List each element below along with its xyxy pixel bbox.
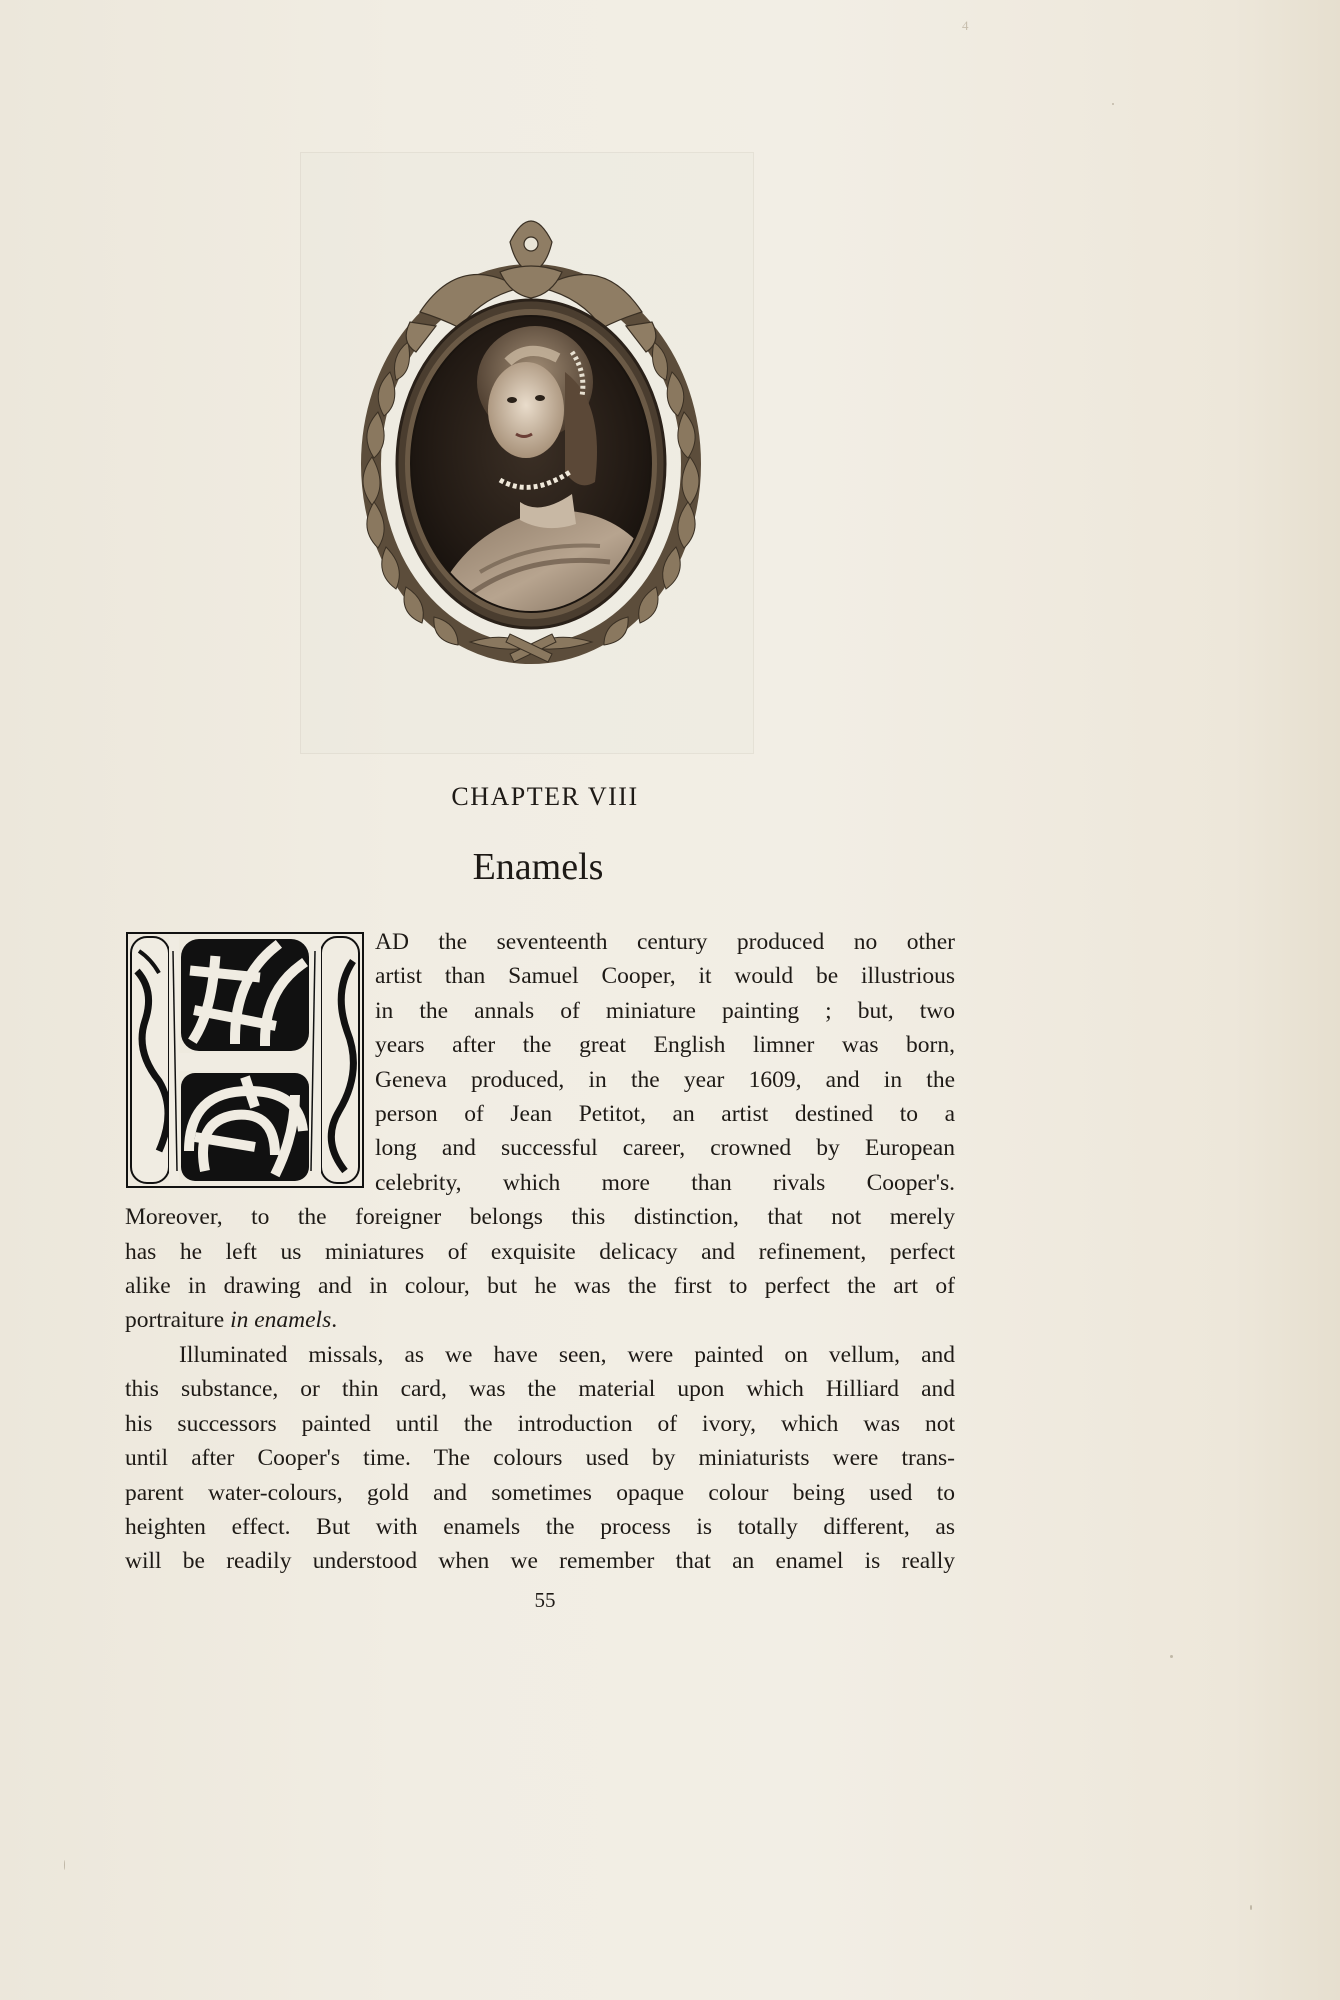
text-line: portraiture in enamels. <box>125 1303 955 1337</box>
body-text: AD the seventeenth century produced no o… <box>125 925 955 1579</box>
italic-text-run: in enamels <box>230 1307 331 1333</box>
text-line: until after Cooper's time. The colours u… <box>125 1441 955 1475</box>
book-page: 4 <box>0 0 1340 2000</box>
text-line: will be readily understood when we remem… <box>125 1544 955 1578</box>
corner-pencil-mark: 4 <box>962 18 970 34</box>
text-line: heighten effect. But with enamels the pr… <box>125 1510 955 1544</box>
paper-speck <box>1170 1655 1173 1658</box>
text-run: portraiture <box>125 1307 230 1333</box>
paragraph-2: Illuminated missals, as we have seen, we… <box>125 1338 955 1579</box>
portrait-miniature-illustration <box>350 202 712 670</box>
text-line: parent water-colours, gold and sometimes… <box>125 1476 955 1510</box>
text-run: . <box>331 1307 337 1333</box>
drop-cap-h-ornament <box>125 931 365 1189</box>
text-line: Illuminated missals, as we have seen, we… <box>125 1338 955 1372</box>
paper-speck <box>64 1860 65 1870</box>
text-line: Moreover, to the foreigner belongs this … <box>125 1200 955 1234</box>
text-line: alike in drawing and in colour, but he w… <box>125 1269 955 1303</box>
text-line: his successors painted until the introdu… <box>125 1407 955 1441</box>
page-number: 55 <box>520 1588 570 1613</box>
text-line: has he left us miniatures of exquisite d… <box>125 1235 955 1269</box>
chapter-title: Enamels <box>0 845 1076 889</box>
paper-speck <box>1112 103 1114 105</box>
text-line: this substance, or thin card, was the ma… <box>125 1372 955 1406</box>
paper-speck <box>1250 1905 1252 1910</box>
chapter-label: CHAPTER VIII <box>0 782 1090 812</box>
